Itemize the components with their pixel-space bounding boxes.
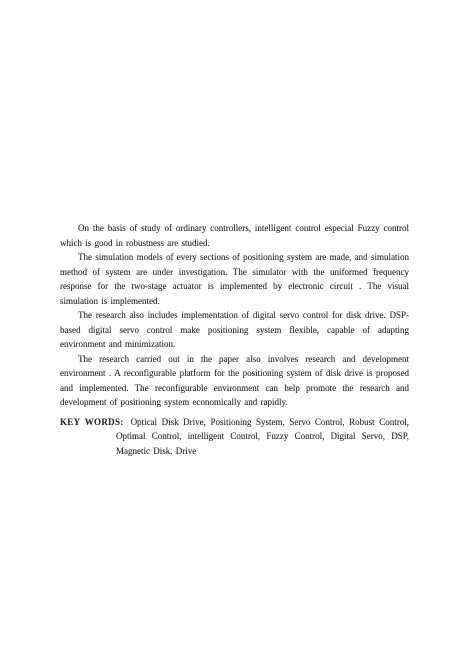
keywords-text: Optical Disk Drive, Positioning System, …: [116, 417, 409, 456]
abstract-paragraph-1: On the basis of study of ordinary contro…: [60, 221, 409, 250]
keywords-label: KEY WORDS:: [60, 417, 124, 427]
abstract-paragraph-2: The simulation models of every sections …: [60, 250, 409, 308]
abstract-paragraph-3: The research also includes implementatio…: [60, 308, 409, 352]
abstract-body: On the basis of study of ordinary contro…: [60, 221, 409, 458]
document-page: On the basis of study of ordinary contro…: [0, 0, 468, 666]
keywords-block: KEY WORDS:Optical Disk Drive, Positionin…: [60, 415, 409, 459]
abstract-paragraph-4: The research carried out in the paper al…: [60, 352, 409, 410]
